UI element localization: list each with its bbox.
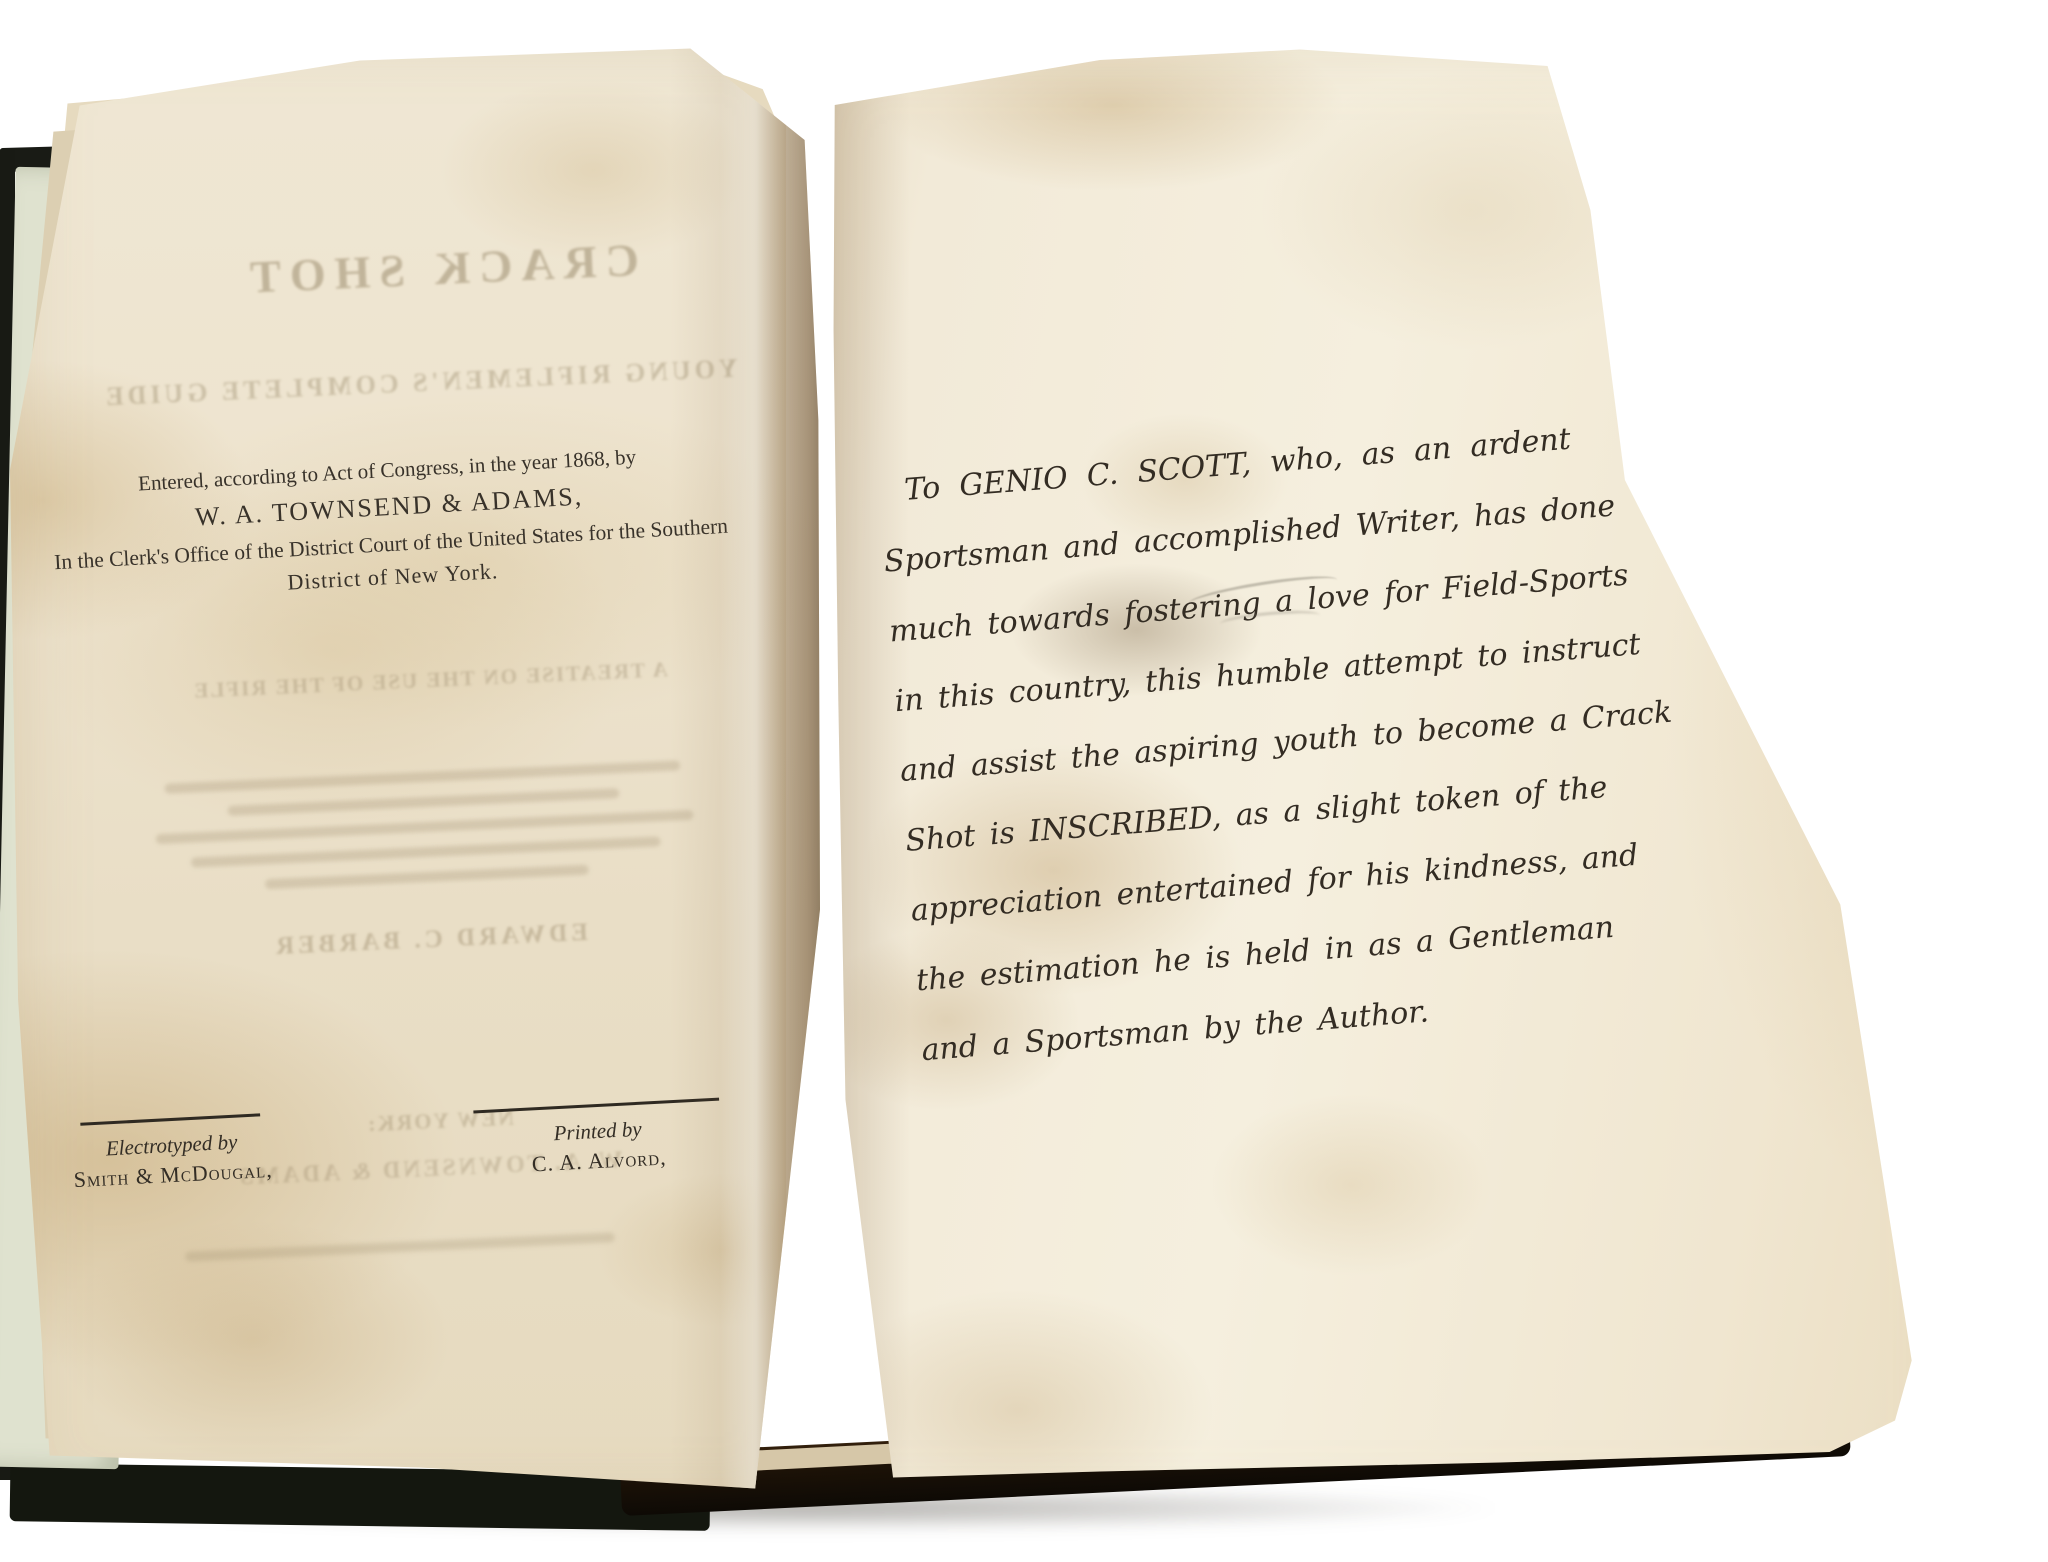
book-photo: CRACK SHOT YOUNG RIFLEMEN'S COMPLETE GUI… — [0, 0, 2048, 1562]
left-page: CRACK SHOT YOUNG RIFLEMEN'S COMPLETE GUI… — [10, 20, 820, 1520]
printer-label: Printed by — [447, 1111, 748, 1152]
bleedthrough-illegible-lines — [142, 759, 707, 909]
copyright-notice: Entered, according to Act of Congress, i… — [47, 440, 733, 609]
bleedthrough-title: CRACK SHOT — [89, 226, 791, 311]
dedication-text: To GENIO C. SCOTT, who, as an ardent Spo… — [876, 405, 1616, 1086]
bleedthrough-treatise: A TREATISE ON THE USE OF THE RIFLE — [110, 653, 750, 707]
bleedthrough-author: EDWARD C. BARBER — [120, 912, 741, 968]
bleedthrough-illegible-line — [185, 1232, 615, 1261]
bleedthrough-subtitle: YOUNG RIFLEMEN'S COMPLETE GUIDE — [60, 352, 781, 415]
electrotyper-credit: Electrotyped by Smith & McDougal, — [60, 1112, 283, 1193]
printer-credit: Printed by C. A. Alvord, — [446, 1096, 749, 1182]
right-page: To GENIO C. SCOTT, who, as an ardent Spo… — [780, 30, 1970, 1530]
credit-rule — [80, 1113, 260, 1125]
